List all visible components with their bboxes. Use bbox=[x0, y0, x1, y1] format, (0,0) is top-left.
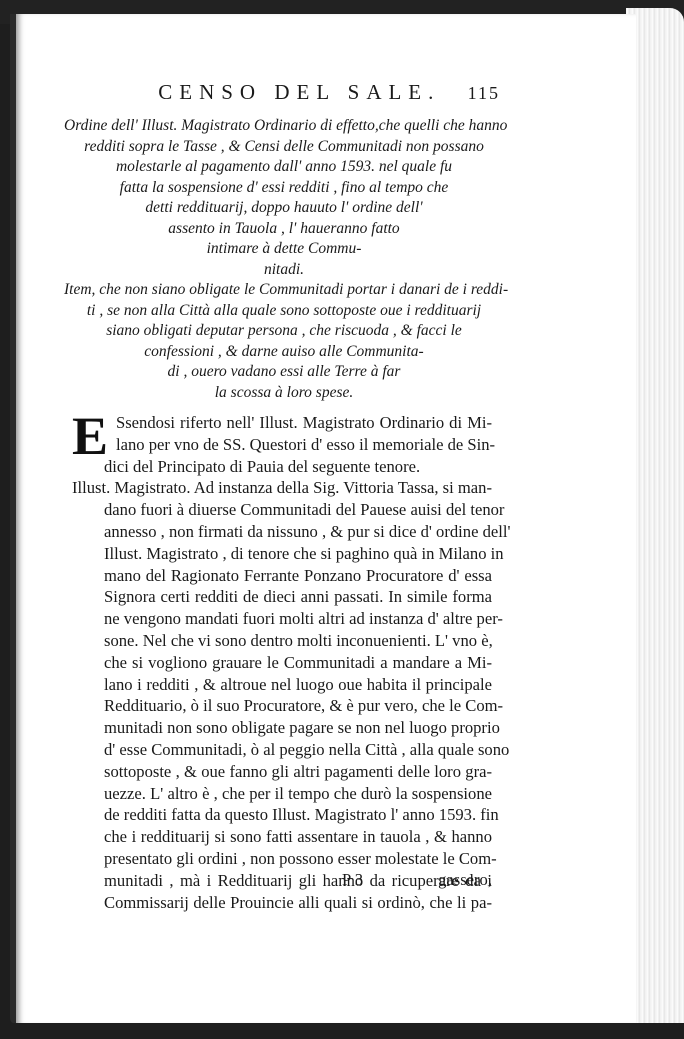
body-line: sottoposte , & oue fanno gli altri pagam… bbox=[72, 761, 492, 783]
summary-line: Item, che non siano obligate le Communit… bbox=[64, 280, 504, 301]
summary-line: la scossa à loro spese. bbox=[64, 383, 504, 404]
body-line: dano fuori à diuerse Communitadi del Pau… bbox=[72, 499, 492, 521]
summary-line: assento in Tauola , l' haueranno fatto bbox=[64, 219, 504, 240]
summary-line: di , ouero vadano essi alle Terre à far bbox=[64, 362, 504, 383]
body-line: ne vengono mandati fuori molti altri ad … bbox=[72, 608, 492, 630]
body-line: che si vogliono grauare le Communitadi a… bbox=[72, 652, 492, 674]
summary-line: intimare à dette Commu- bbox=[64, 239, 504, 260]
scan-bottom-shadow bbox=[0, 1023, 684, 1039]
body-line: dici del Principato di Pauia del seguent… bbox=[72, 456, 492, 478]
body-line: Commissarij delle Prouincie alli quali s… bbox=[72, 892, 492, 914]
summary-line: ti , se non alla Città alla quale sono s… bbox=[64, 301, 504, 322]
body-line: lano per vno de SS. Questori d' esso il … bbox=[72, 434, 492, 456]
summary-line: redditi sopra le Tasse , & Censi delle C… bbox=[64, 137, 504, 158]
body-line: mano del Ragionato Ferrante Ponzano Proc… bbox=[72, 565, 492, 587]
italic-summary: Ordine dell' Illust. Magistrato Ordinari… bbox=[64, 116, 504, 403]
summary-line: confessioni , & darne auiso alle Communi… bbox=[64, 342, 504, 363]
body-line: Signora certi redditi de dieci anni pass… bbox=[72, 586, 492, 608]
body-line: Reddituario, ò il suo Procuratore, & è p… bbox=[72, 695, 492, 717]
body-line: Ssendosi riferto nell' Illust. Magistrat… bbox=[72, 412, 492, 434]
signature-mark: P 3 bbox=[342, 870, 363, 890]
body-line: Illust. Magistrato. Ad instanza della Si… bbox=[72, 477, 492, 499]
running-title: CENSO DEL SALE. bbox=[158, 80, 440, 105]
summary-line: nitadi. bbox=[64, 260, 504, 281]
body-line: presentato gli ordini , non possono esse… bbox=[72, 848, 492, 870]
running-head: CENSO DEL SALE. 115 bbox=[130, 80, 500, 105]
body-line: annesso , non firmati da nissuno , & pur… bbox=[72, 521, 492, 543]
body-line: munitadi non sono obligate pagare se non… bbox=[72, 717, 492, 739]
body-line: sone. Nel che vi sono dentro molti incon… bbox=[72, 630, 492, 652]
catchword: gassero, bbox=[438, 870, 492, 890]
page-footer: P 3 gassero, bbox=[72, 870, 492, 892]
summary-line: Ordine dell' Illust. Magistrato Ordinari… bbox=[64, 116, 504, 137]
summary-line: fatta la sospensione d' essi redditi , f… bbox=[64, 178, 504, 199]
body-line: uezze. L' altro è , che per il tempo che… bbox=[72, 783, 492, 805]
body-line: de redditi fatta da questo Illust. Magis… bbox=[72, 804, 492, 826]
page-number: 115 bbox=[468, 83, 500, 104]
body-line: lano i redditi , & altroue nel luogo oue… bbox=[72, 674, 492, 696]
summary-line: siano obligati deputar persona , che ris… bbox=[64, 321, 504, 342]
summary-line: molestarle al pagamento dall' anno 1593.… bbox=[64, 157, 504, 178]
body-line: Illust. Magistrato , di tenore che si pa… bbox=[72, 543, 492, 565]
body-line: d' esse Communitadi, ò al peggio nella C… bbox=[72, 739, 492, 761]
body-text: Ssendosi riferto nell' Illust. Magistrat… bbox=[72, 412, 492, 913]
summary-line: detti reddituarij, doppo hauuto l' ordin… bbox=[64, 198, 504, 219]
body-line: che i reddituarij si sono fatti assentar… bbox=[72, 826, 492, 848]
